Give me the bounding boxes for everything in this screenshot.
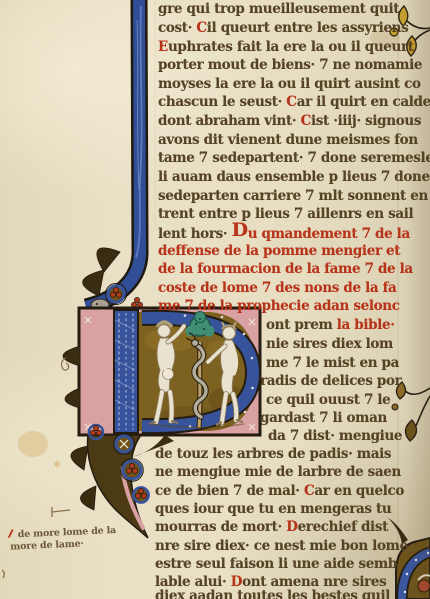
text-line: mourras de mort· Derechief dist [155, 520, 388, 535]
text-line: de touz les arbres de padis· mais [155, 447, 391, 462]
text-line: da 7 dist· mengiue [268, 429, 402, 444]
text-line: lent hors· Du qmandement 7 de la [158, 225, 410, 242]
text-line: avons dit vienent dune meismes fon [158, 133, 418, 148]
text-line: cost· Cil queurt entre les assyriens [158, 21, 408, 36]
text-line: tame 7 sedepartent· 7 done seremeslet [158, 151, 430, 166]
text-line: ques iour que tu en mengeras tu [155, 502, 391, 517]
text-line: nre sire diex· ce nest mie bon lome [155, 539, 408, 554]
text-line: radis de delices por [260, 374, 401, 389]
text-line: Euphrates fait la ere la ou il queurt [158, 40, 414, 55]
text-line: gre qui trop mueilleusement quit [158, 2, 399, 17]
text-line: me 7 de la prophecie adan selonc [158, 299, 400, 314]
text-line: porter mout de biens· 7 ne nomamie [158, 58, 422, 73]
text-line: deffense de la pomme mengier et [158, 244, 400, 259]
text-line: de la fourmacion de la fame 7 de la [158, 262, 413, 277]
text-line: ce quil ouust 7 le [266, 393, 390, 408]
text-line: sedeparten carriere 7 mlt sonnent en [158, 189, 428, 204]
text-line: ce de bien 7 de mal· Car en quelco [155, 484, 404, 499]
text-line: ne mengiue mie de larbre de saen [155, 465, 401, 480]
text-line: gardast 7 li oman [260, 411, 387, 426]
paraph-mark [8, 529, 18, 537]
text-line: coste de lome 7 des nons de la fa [158, 281, 396, 296]
text-line: moyses la ere la ou il quirt ausint co [158, 77, 421, 92]
text-line: ont prem la bible· [266, 318, 395, 333]
manuscript-page: gre qui trop mueilleusement quitcost· Ci… [0, 0, 430, 599]
text-line: diex aadan toutes les bestes quil [155, 589, 390, 599]
text-line: li auam daus ensemble p lieus 7 done [158, 170, 430, 185]
text-block: gre qui trop mueilleusement quitcost· Ci… [0, 0, 430, 599]
text-line: nie sires diex lom [266, 337, 393, 352]
text-line: dont abraham vint· Cist ·iiij· signous [158, 114, 421, 129]
text-line: trent entre p lieus 7 aillenrs en sail [158, 207, 413, 222]
text-line: me 7 le mist en pa [266, 356, 399, 371]
text-line: estre seul faison li une aide semb [155, 557, 397, 572]
text-line: chascun le seust· Car il quirt en caldee [158, 95, 430, 110]
